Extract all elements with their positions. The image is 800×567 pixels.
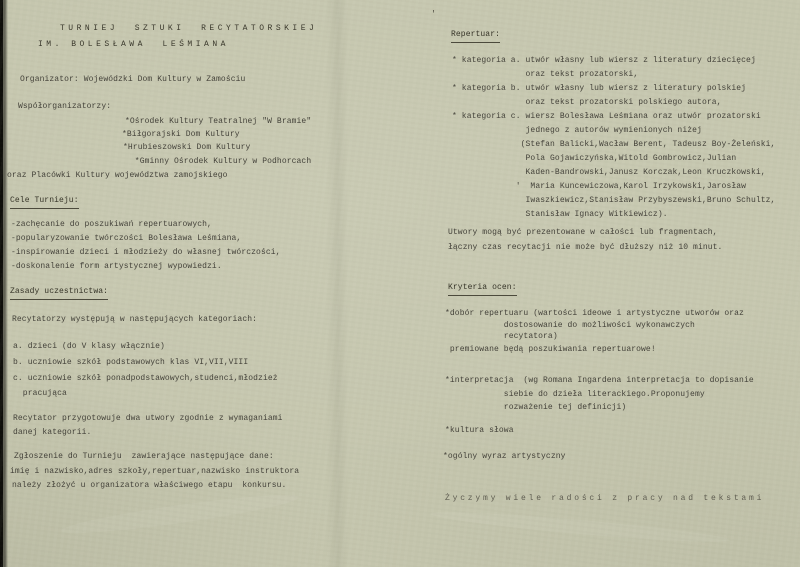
repertoire-heading: Repertuar: <box>451 30 500 43</box>
repertoire-line: ' Maria Kuncewiczowa,Karol Irzykowski,Ja… <box>452 182 746 192</box>
application-line: należy złożyć u organizatora właściwego … <box>12 481 286 491</box>
co-organizer-item: *Gminny Ośrodek Kultury w Podhorcach <box>125 157 311 167</box>
goal-item: -popularyzowanie twórczości Bolesława Le… <box>11 234 241 244</box>
co-organizer-item: *Hrubieszowski Dom Kultury <box>123 143 250 153</box>
repertoire-line: oraz tekst prozatorski polskiego autora, <box>452 98 722 108</box>
repertoire-line: Kaden-Bandrowski,Janusz Korczak,Leon Kru… <box>452 168 766 178</box>
paper-smudge <box>60 488 300 539</box>
category-item: c. uczniowie szkół ponadpodstawowych,stu… <box>13 374 278 384</box>
criteria-repertoire-line: dostosowanie do możliwości wykonawczych <box>445 321 695 331</box>
co-organizers-label: Współorganizatorzy: <box>18 102 111 112</box>
stray-pen-mark: ' <box>431 10 436 20</box>
goals-heading: Cele Turnieju: <box>10 196 79 209</box>
scan-left-edge <box>0 0 8 567</box>
repertoire-line: Stanisław Ignacy Witkiewicz). <box>452 210 668 220</box>
criteria-repertoire-line: *dobór repertuaru (wartości ideowe i art… <box>445 309 744 319</box>
repertoire-line: oraz tekst prozatorski, <box>452 70 638 80</box>
preparation-line: danej kategorii. <box>13 428 91 438</box>
category-item: a. dzieci (do V klasy włącznie) <box>13 342 165 352</box>
repertoire-line: Pola Gojawiczyńska,Witold Gombrowicz,Jul… <box>452 154 736 164</box>
repertoire-line: Iwaszkiewicz,Stanisław Przybyszewski,Bru… <box>452 196 775 206</box>
criteria-interpretation-line: siebie do dzieła literackiego.Proponujem… <box>445 390 705 400</box>
repertoire-line: * kategoria a. utwór własny lub wiersz z… <box>452 56 756 66</box>
category-item: pracująca <box>13 389 67 399</box>
rules-heading: Zasady uczestnictwa: <box>10 287 108 300</box>
criteria-repertoire-line: premiowane będą poszukiwania repertuarow… <box>445 345 656 355</box>
duration-line: łączny czas recytacji nie może być dłużs… <box>448 243 722 253</box>
goal-item: -doskonalenie form artystycznej wypowied… <box>11 262 222 272</box>
application-line: imię i nazwisko,adres szkoły,repertuar,n… <box>10 467 299 477</box>
duration-line: Utwory mogą być prezentowane w całości l… <box>448 228 718 238</box>
repertoire-line: (Stefan Balicki,Wacław Berent, Tadeusz B… <box>452 140 775 150</box>
co-organizer-item: *Ośrodek Kultury Teatralnej "W Bramie" <box>125 117 311 127</box>
preparation-line: Recytator przygotowuje dwa utwory zgodni… <box>13 414 283 424</box>
closing-line: Życzymy wiele radości z pracy nad teksta… <box>445 494 764 504</box>
paper-smudge <box>430 507 730 547</box>
criteria-heading: Kryteria ocen: <box>448 283 517 296</box>
criteria-interpretation-line: rozważenie tej definicji) <box>445 403 626 413</box>
criteria-interpretation-line: *interpretacja (wg Romana Ingardena inte… <box>445 376 754 386</box>
co-organizers-suffix: oraz Placówki Kultury województwa zamojs… <box>7 171 228 181</box>
co-organizer-item: *Biłgorajski Dom Kultury <box>122 130 240 140</box>
organizer-line: Organizator: Wojewódzki Dom Kultury w Za… <box>20 75 245 85</box>
scanned-document-page: TURNIEJ SZTUKI RECYTATORSKIEJ IM. BOLESŁ… <box>0 0 800 567</box>
application-line: Zgłoszenie do Turnieju zawierające nastę… <box>14 452 274 462</box>
title-line-2: IM. BOLESŁAWA LEŚMIANA <box>38 40 229 50</box>
repertoire-line: * kategoria b. utwór własny lub wiersz z… <box>452 84 746 94</box>
criterion-word-culture: *kultura słowa <box>445 426 514 436</box>
title-line-1: TURNIEJ SZTUKI RECYTATORSKIEJ <box>60 24 317 34</box>
rules-intro: Recytatorzy występują w następujących ka… <box>12 315 257 325</box>
paper-crease <box>326 0 348 567</box>
category-item: b. uczniowie szkół podstawowych klas VI,… <box>13 358 248 368</box>
repertoire-line: * kategoria c. wiersz Bolesława Leśmiana… <box>452 112 761 122</box>
goal-item: -inspirowanie dzieci i młodzieży do włas… <box>11 248 281 258</box>
goal-item: -zachęcanie do poszukiwań repertuarowych… <box>11 220 212 230</box>
criteria-repertoire-line: recytatora) <box>445 332 558 342</box>
repertoire-line: jednego z autorów wymienionych niżej <box>452 126 702 136</box>
criterion-artistic-expression: *ogólny wyraz artystyczny <box>443 452 566 462</box>
